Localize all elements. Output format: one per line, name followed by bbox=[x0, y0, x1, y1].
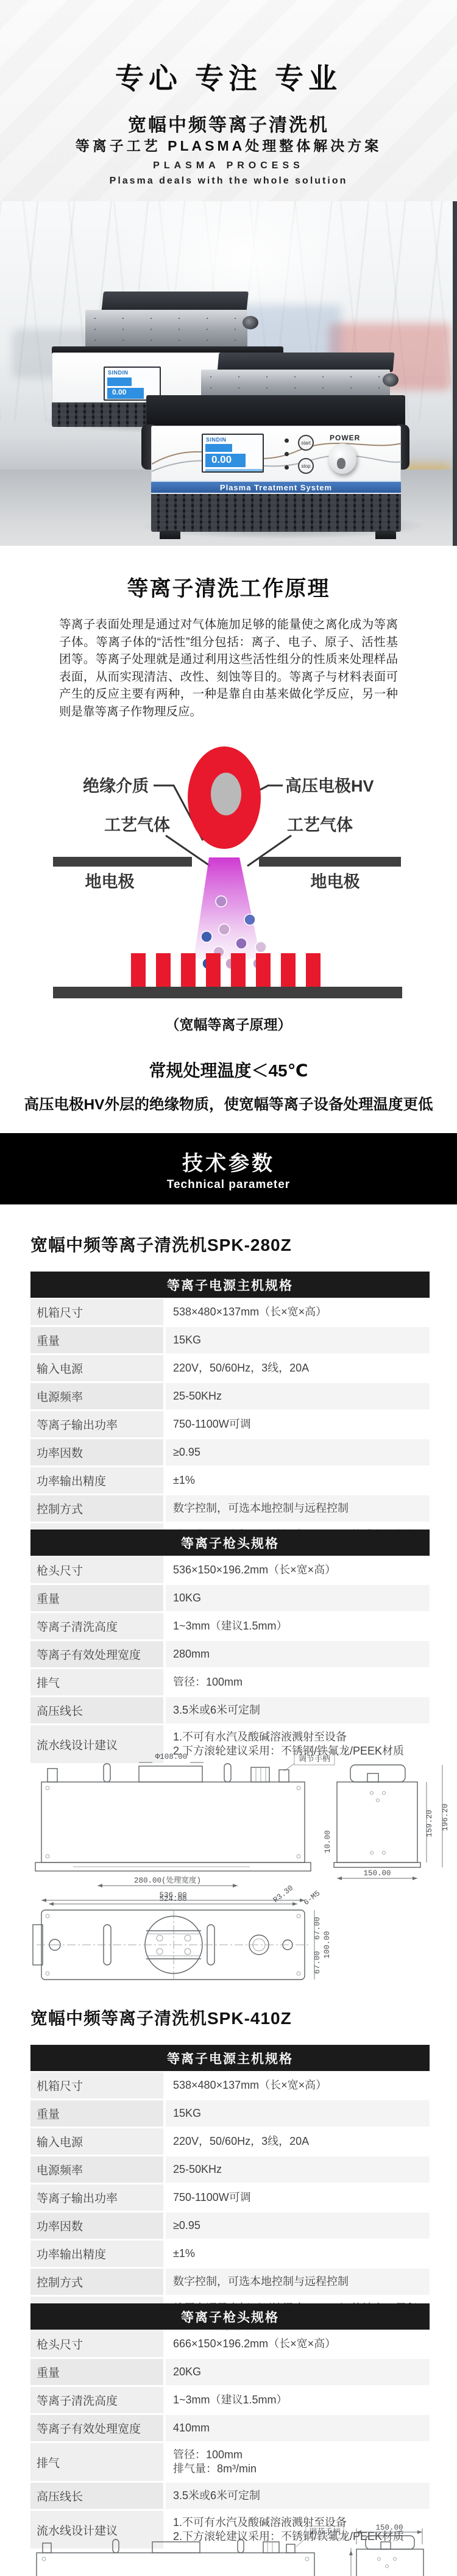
table-row: 高压线长3.5米或6米可定制 bbox=[30, 2483, 430, 2509]
foot-left bbox=[160, 531, 180, 539]
table-row: 等离子输出功率750-1100W可调 bbox=[30, 1411, 430, 1437]
spec-value: 750-1100W可调 bbox=[166, 2184, 430, 2211]
ready-led bbox=[285, 452, 289, 456]
hv-electrode-core bbox=[211, 773, 241, 815]
table-row: 枪头尺寸666×150×196.2mm（长×宽×高） bbox=[30, 2331, 430, 2357]
screen-value-panel: 0.00 bbox=[205, 454, 246, 467]
dim-side-width: 150.00 bbox=[363, 1869, 391, 1878]
label-insulator: 绝缘介质 bbox=[83, 776, 149, 795]
spec-label: 机箱尺寸 bbox=[30, 2072, 163, 2098]
table-row: 等离子输出功率750-1100W可调 bbox=[30, 2184, 430, 2211]
plasma-principle-diagram: 绝缘介质 高压电极HV 工艺气体 工艺气体 地电极 地电极 bbox=[0, 720, 457, 1012]
spec-label: 重量 bbox=[30, 2100, 163, 2127]
product-heading-spk-280z: 宽幅中频等离子清洗机SPK-280Z bbox=[30, 1232, 292, 1256]
screen-value-panel: 0.00 bbox=[107, 388, 144, 399]
table-body: 枪头尺寸666×150×196.2mm（长×宽×高）重量20KG等离子清洗高度1… bbox=[30, 2331, 430, 2549]
insulation-note: 高压电极HV外层的绝缘物质，使宽幅等离子设备处理温度更低 bbox=[0, 1093, 457, 1114]
spec-value: 数字控制，可选本地控制与远程控制 bbox=[166, 2269, 430, 2295]
spec-value: ±1% bbox=[166, 1467, 430, 1494]
spec-label: 控制方式 bbox=[30, 1495, 163, 1522]
spec-value: 3.5米或6米可定制 bbox=[166, 1697, 430, 1723]
temperature-note: 常规处理温度＜45℃ bbox=[0, 1057, 457, 1082]
decorative-curves bbox=[152, 426, 402, 482]
hero-english-subtitle: Plasma deals with the whole solution bbox=[0, 176, 457, 187]
table-row: 功率输出精度±1% bbox=[30, 2241, 430, 2267]
table-row: 排气管径：100mm bbox=[30, 1669, 430, 1695]
dim-center-span: 100.00 bbox=[323, 1931, 331, 1958]
power-knob[interactable] bbox=[328, 443, 356, 474]
table-row: 枪头尺寸536×150×196.2mm（长×宽×高） bbox=[30, 1557, 430, 1583]
table-row: 等离子有效处理宽度410mm bbox=[30, 2415, 430, 2441]
model-stripe: Plasma Treatment System bbox=[151, 481, 401, 494]
stop-button[interactable]: stop bbox=[298, 458, 314, 474]
technical-drawing-280z: 调节手柄 Φ108.00 280.00(处理宽度) 536.00 1 bbox=[0, 1750, 457, 2005]
handle-callout: 调节手柄 bbox=[299, 1754, 330, 1763]
label-gas-right: 工艺气体 bbox=[287, 815, 353, 834]
table-row: 排气管径：100mm 排气量：8m³/min bbox=[30, 2443, 430, 2481]
label-hv-electrode: 高压电极HV bbox=[285, 776, 374, 795]
foot-right bbox=[375, 531, 396, 539]
gun-spec-table-280z: 等离子枪头规格 枪头尺寸536×150×196.2mm（长×宽×高）重量10KG… bbox=[30, 1529, 430, 1765]
spec-value: 10KG bbox=[166, 1585, 430, 1611]
spec-label: 电源频率 bbox=[30, 1383, 163, 1409]
table-header: 等离子电源主机规格 bbox=[30, 2045, 430, 2071]
knob-hole bbox=[337, 458, 345, 469]
spec-label: 等离子有效处理宽度 bbox=[30, 1641, 163, 1667]
fault-led bbox=[285, 438, 289, 443]
table-row: 控制方式数字控制，可选本地控制与远程控制 bbox=[30, 2269, 430, 2295]
dim-phi: Φ108.00 bbox=[155, 1753, 188, 1761]
spec-label: 输入电源 bbox=[30, 2128, 163, 2155]
table-row: 高压线长3.5米或6米可定制 bbox=[30, 1697, 430, 1723]
spec-label: 排气 bbox=[30, 2443, 163, 2481]
run-led bbox=[285, 465, 289, 470]
spec-value: 536×150×196.2mm（长×宽×高） bbox=[166, 1557, 430, 1583]
table-row: 重量10KG bbox=[30, 1585, 430, 1611]
screen-value: 0.00 bbox=[205, 454, 246, 466]
table-row: 机箱尺寸538×480×137mm（长×宽×高） bbox=[30, 2072, 430, 2098]
spec-label: 重量 bbox=[30, 1585, 163, 1611]
spec-value: 538×480×137mm（长×宽×高） bbox=[166, 2072, 430, 2098]
table-header: 等离子电源主机规格 bbox=[30, 1272, 430, 1298]
front-unit-vent bbox=[151, 494, 401, 532]
ground-electrode-left bbox=[53, 857, 192, 867]
spec-label: 重量 bbox=[30, 1327, 163, 1353]
dim-bottom-length: 524.00 bbox=[159, 1895, 186, 1903]
spec-label: 等离子有效处理宽度 bbox=[30, 2415, 163, 2441]
screen-footer-bar bbox=[205, 469, 263, 472]
gun-nozzle bbox=[383, 373, 399, 387]
spec-value: 25-50KHz bbox=[166, 1383, 430, 1409]
spec-label: 枪头尺寸 bbox=[30, 1557, 163, 1583]
spec-label: 高压线长 bbox=[30, 1697, 163, 1723]
product-photo: SINDIN 0.00 SINDIN bbox=[0, 201, 457, 546]
brand-logo: SINDIN bbox=[108, 370, 129, 376]
dim-height-total: 196.20 bbox=[441, 1803, 450, 1831]
front-panel: SINDIN 0.00 start stop POWER bbox=[151, 426, 401, 482]
product-page: 专心 专注 专业 宽幅中频等离子清洗机 等离子工艺 PLASMA处理整体解决方案… bbox=[0, 0, 457, 2576]
spec-value: 管径：100mm 排气量：8m³/min bbox=[166, 2443, 430, 2481]
table-row: 电源频率25-50KHz bbox=[30, 1383, 430, 1409]
spec-label: 高压线长 bbox=[30, 2483, 163, 2509]
spec-value: 750-1100W可调 bbox=[166, 1411, 430, 1437]
spec-value: ≥0.95 bbox=[166, 2213, 430, 2239]
start-button[interactable]: start bbox=[298, 435, 314, 451]
dim-thread: 6-M5 bbox=[302, 1889, 322, 1908]
spec-label: 枪头尺寸 bbox=[30, 2331, 163, 2357]
spec-value: 15KG bbox=[166, 1327, 430, 1353]
table-row: 重量15KG bbox=[30, 1327, 430, 1353]
spec-label: 等离子输出功率 bbox=[30, 1411, 163, 1437]
plasma-plume bbox=[194, 857, 261, 959]
hero-solution-line: 等离子工艺 PLASMA处理整体解决方案 bbox=[0, 135, 457, 155]
spec-label: 电源频率 bbox=[30, 2156, 163, 2183]
technical-drawing-410z: 调节手柄 150.00 bbox=[0, 2524, 457, 2576]
table-header: 等离子枪头规格 bbox=[30, 1529, 430, 1556]
spec-label: 重量 bbox=[30, 2359, 163, 2385]
spec-value: 1~3mm（建议1.5mm） bbox=[166, 2387, 430, 2413]
spec-value: 数字控制，可选本地控制与远程控制 bbox=[166, 1495, 430, 1522]
table-row: 重量20KG bbox=[30, 2359, 430, 2385]
spec-value: ±1% bbox=[166, 2241, 430, 2267]
plasma-gun-head bbox=[85, 310, 247, 348]
spec-value: 666×150×196.2mm（长×宽×高） bbox=[166, 2331, 430, 2357]
table-row: 输入电源220V，50/60Hz，3线，20A bbox=[30, 2128, 430, 2155]
spec-label: 输入电源 bbox=[30, 1355, 163, 1381]
photo-right-edge bbox=[453, 201, 457, 546]
table-header: 等离子枪头规格 bbox=[30, 2303, 430, 2330]
table-row: 输入电源220V，50/60Hz，3线，20A bbox=[30, 1355, 430, 1381]
power-label: POWER bbox=[330, 434, 360, 442]
label-ground-left: 地电极 bbox=[85, 872, 135, 891]
gun-nozzle bbox=[243, 316, 258, 329]
dim-height-body: 159.20 bbox=[425, 1809, 434, 1837]
spec-value: 220V，50/60Hz，3线，20A bbox=[166, 2128, 430, 2155]
banner-subtitle: Technical parameter bbox=[0, 1178, 457, 1192]
spec-value: 220V，50/60Hz，3线，20A bbox=[166, 1355, 430, 1381]
dim-offset-bottom: 67.00 bbox=[313, 1951, 322, 1974]
dim-flange: 10.00 bbox=[324, 1830, 332, 1853]
handle-callout: 调节手柄 bbox=[309, 2527, 341, 2536]
spec-value: 管径：100mm bbox=[166, 1669, 430, 1695]
hero-english-title: PLASMA PROCESS bbox=[0, 160, 457, 171]
spec-value: 538×480×137mm（长×宽×高） bbox=[166, 1299, 430, 1325]
table-row: 功率因数≥0.95 bbox=[30, 1439, 430, 1465]
spec-label: 等离子清洗高度 bbox=[30, 2387, 163, 2413]
principle-paragraph: 等离子表面处理是通过对气体施加足够的能量使之离化成为等离子体。等离子体的“活性”… bbox=[59, 616, 398, 720]
spec-label: 机箱尺寸 bbox=[30, 1299, 163, 1325]
table-row: 功率输出精度±1% bbox=[30, 1467, 430, 1494]
spec-label: 等离子清洗高度 bbox=[30, 1613, 163, 1639]
dim-side-width: 150.00 bbox=[375, 2524, 403, 2532]
label-ground-right: 地电极 bbox=[311, 872, 360, 891]
table-row: 电源频率25-50KHz bbox=[30, 2156, 430, 2183]
bolt-pattern bbox=[205, 372, 386, 398]
spec-value: 1~3mm（建议1.5mm） bbox=[166, 1613, 430, 1639]
dim-radius: R3.30 bbox=[272, 1884, 295, 1905]
diagram-caption: （宽幅等离子原理） bbox=[0, 1014, 457, 1034]
table-row: 功率因数≥0.95 bbox=[30, 2213, 430, 2239]
hero-title: 专心 专注 专业 bbox=[0, 56, 457, 97]
spec-label: 功率因数 bbox=[30, 2213, 163, 2239]
front-display-screen: SINDIN 0.00 bbox=[202, 434, 264, 473]
spec-label: 功率因数 bbox=[30, 1439, 163, 1465]
substrate-base bbox=[53, 987, 402, 998]
principle-heading: 等离子清洗工作原理 bbox=[0, 572, 457, 603]
product-heading-spk-410z: 宽幅中频等离子清洗机SPK-410Z bbox=[30, 2005, 292, 2030]
spec-label: 排气 bbox=[30, 1669, 163, 1695]
hero-product-name: 宽幅中频等离子清洗机 bbox=[0, 110, 457, 137]
bolt-pattern bbox=[89, 313, 244, 344]
screen-panel bbox=[205, 444, 232, 452]
dim-offset-top: 67.00 bbox=[313, 1917, 322, 1940]
spec-label: 功率输出精度 bbox=[30, 1467, 163, 1494]
spec-value: 15KG bbox=[166, 2100, 430, 2127]
screen-panel bbox=[107, 377, 132, 386]
spec-label: 等离子输出功率 bbox=[30, 2184, 163, 2211]
front-unit-top bbox=[146, 395, 405, 426]
label-gas-left: 工艺气体 bbox=[104, 815, 170, 834]
table-row: 重量15KG bbox=[30, 2100, 430, 2127]
spec-value: 3.5米或6米可定制 bbox=[166, 2483, 430, 2509]
brand-logo: SINDIN bbox=[206, 437, 227, 443]
spec-label: 功率输出精度 bbox=[30, 2241, 163, 2267]
screen-value: 0.00 bbox=[107, 388, 144, 396]
spec-value: 280mm bbox=[166, 1641, 430, 1667]
table-body: 枪头尺寸536×150×196.2mm（长×宽×高）重量10KG等离子清洗高度1… bbox=[30, 1557, 430, 1763]
table-row: 等离子清洗高度1~3mm（建议1.5mm） bbox=[30, 2387, 430, 2413]
spec-value: ≥0.95 bbox=[166, 1439, 430, 1465]
gun-spec-table-410z: 等离子枪头规格 枪头尺寸666×150×196.2mm（长×宽×高）重量20KG… bbox=[30, 2303, 430, 2550]
ground-electrode-right bbox=[259, 857, 401, 867]
spec-value: 410mm bbox=[166, 2415, 430, 2441]
table-row: 等离子清洗高度1~3mm（建议1.5mm） bbox=[30, 1613, 430, 1639]
table-row: 控制方式数字控制，可选本地控制与远程控制 bbox=[30, 1495, 430, 1522]
spec-value: 20KG bbox=[166, 2359, 430, 2385]
table-row: 机箱尺寸538×480×137mm（长×宽×高） bbox=[30, 1299, 430, 1325]
spec-value: 25-50KHz bbox=[166, 2156, 430, 2183]
table-row: 等离子有效处理宽度280mm bbox=[30, 1641, 430, 1667]
spec-label: 控制方式 bbox=[30, 2269, 163, 2295]
dim-process-width: 280.00(处理宽度) bbox=[134, 1875, 201, 1885]
banner-title: 技术参数 bbox=[0, 1147, 457, 1176]
